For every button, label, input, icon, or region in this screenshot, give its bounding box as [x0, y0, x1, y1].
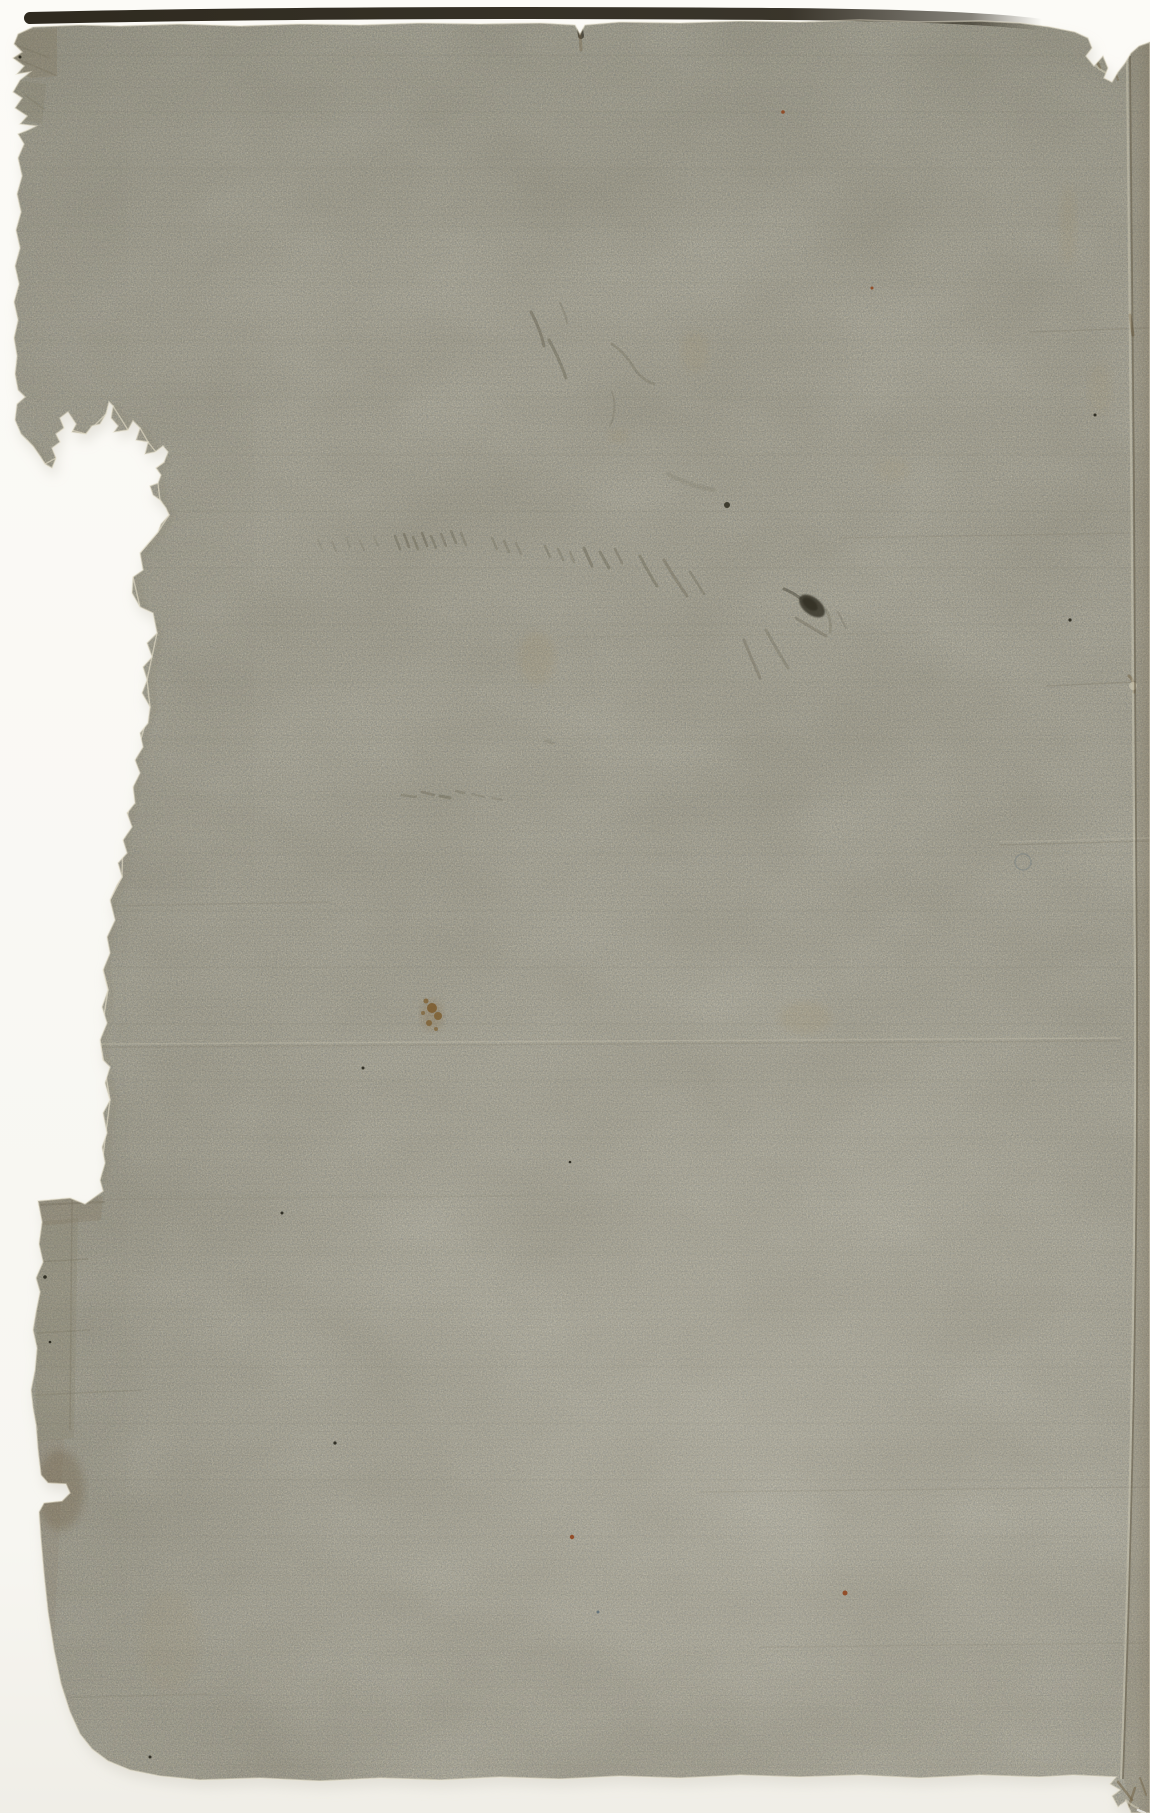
page-scan-svg [0, 0, 1150, 1813]
scanned-document-page [0, 0, 1150, 1813]
binding-strip-shade [1136, 40, 1150, 1813]
paper-surface [0, 0, 1150, 1813]
